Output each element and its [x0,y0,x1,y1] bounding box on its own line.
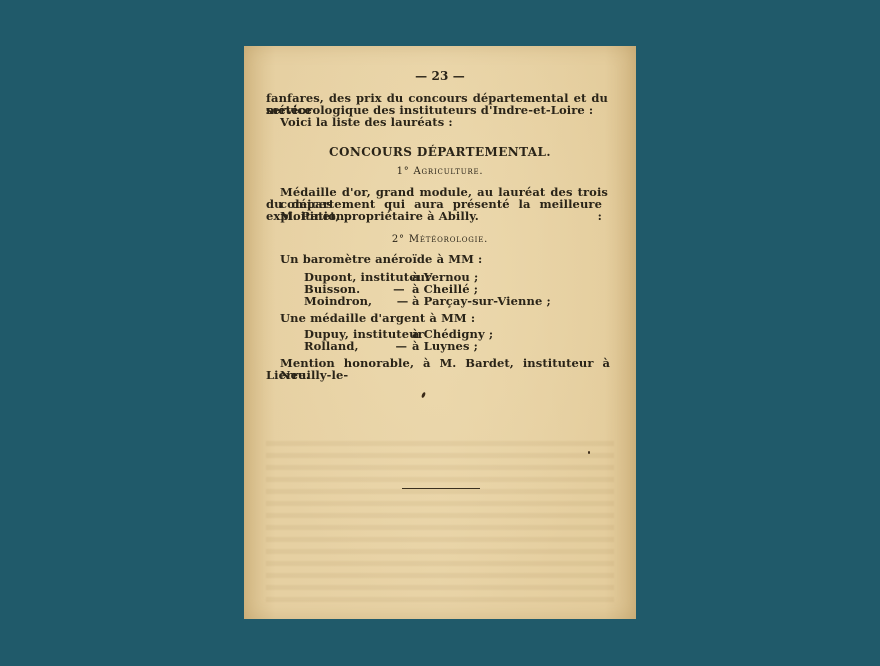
subsection-meteorologie: 2° Météorologie. [244,234,636,246]
ink-speck [588,451,590,454]
barometer-place-3: à Parçay-sur-Vienne ; [412,295,551,307]
mention-line-2: Lierre. [266,369,310,381]
silver-place-2: à Luynes ; [412,340,478,352]
bleed-through-text [266,441,614,609]
scanned-page: — 23 — fanfares, des prix du concours dé… [244,46,636,619]
silver-name-2: Rolland, — [304,340,407,352]
silver-heading: Une médaille d'argent à MM : [280,312,475,324]
end-rule [402,488,480,489]
barometer-name-3: Moindron, — [304,295,408,307]
barometer-heading: Un baromètre anéroïde à MM : [280,253,482,265]
page-number: — 23 — [244,70,636,82]
section-title: CONCOURS DÉPARTEMENTAL. [244,146,636,158]
mention-line-1: Mention honorable, à M. Bardet, institut… [280,357,610,381]
intro-line-3: Voici la liste des lauréats : [280,116,453,128]
ink-mark [421,392,426,399]
subsection-agriculture: 1° Agriculture. [244,166,636,178]
agri-line-3: M. Pinet, propriétaire à Abilly. [280,210,479,222]
